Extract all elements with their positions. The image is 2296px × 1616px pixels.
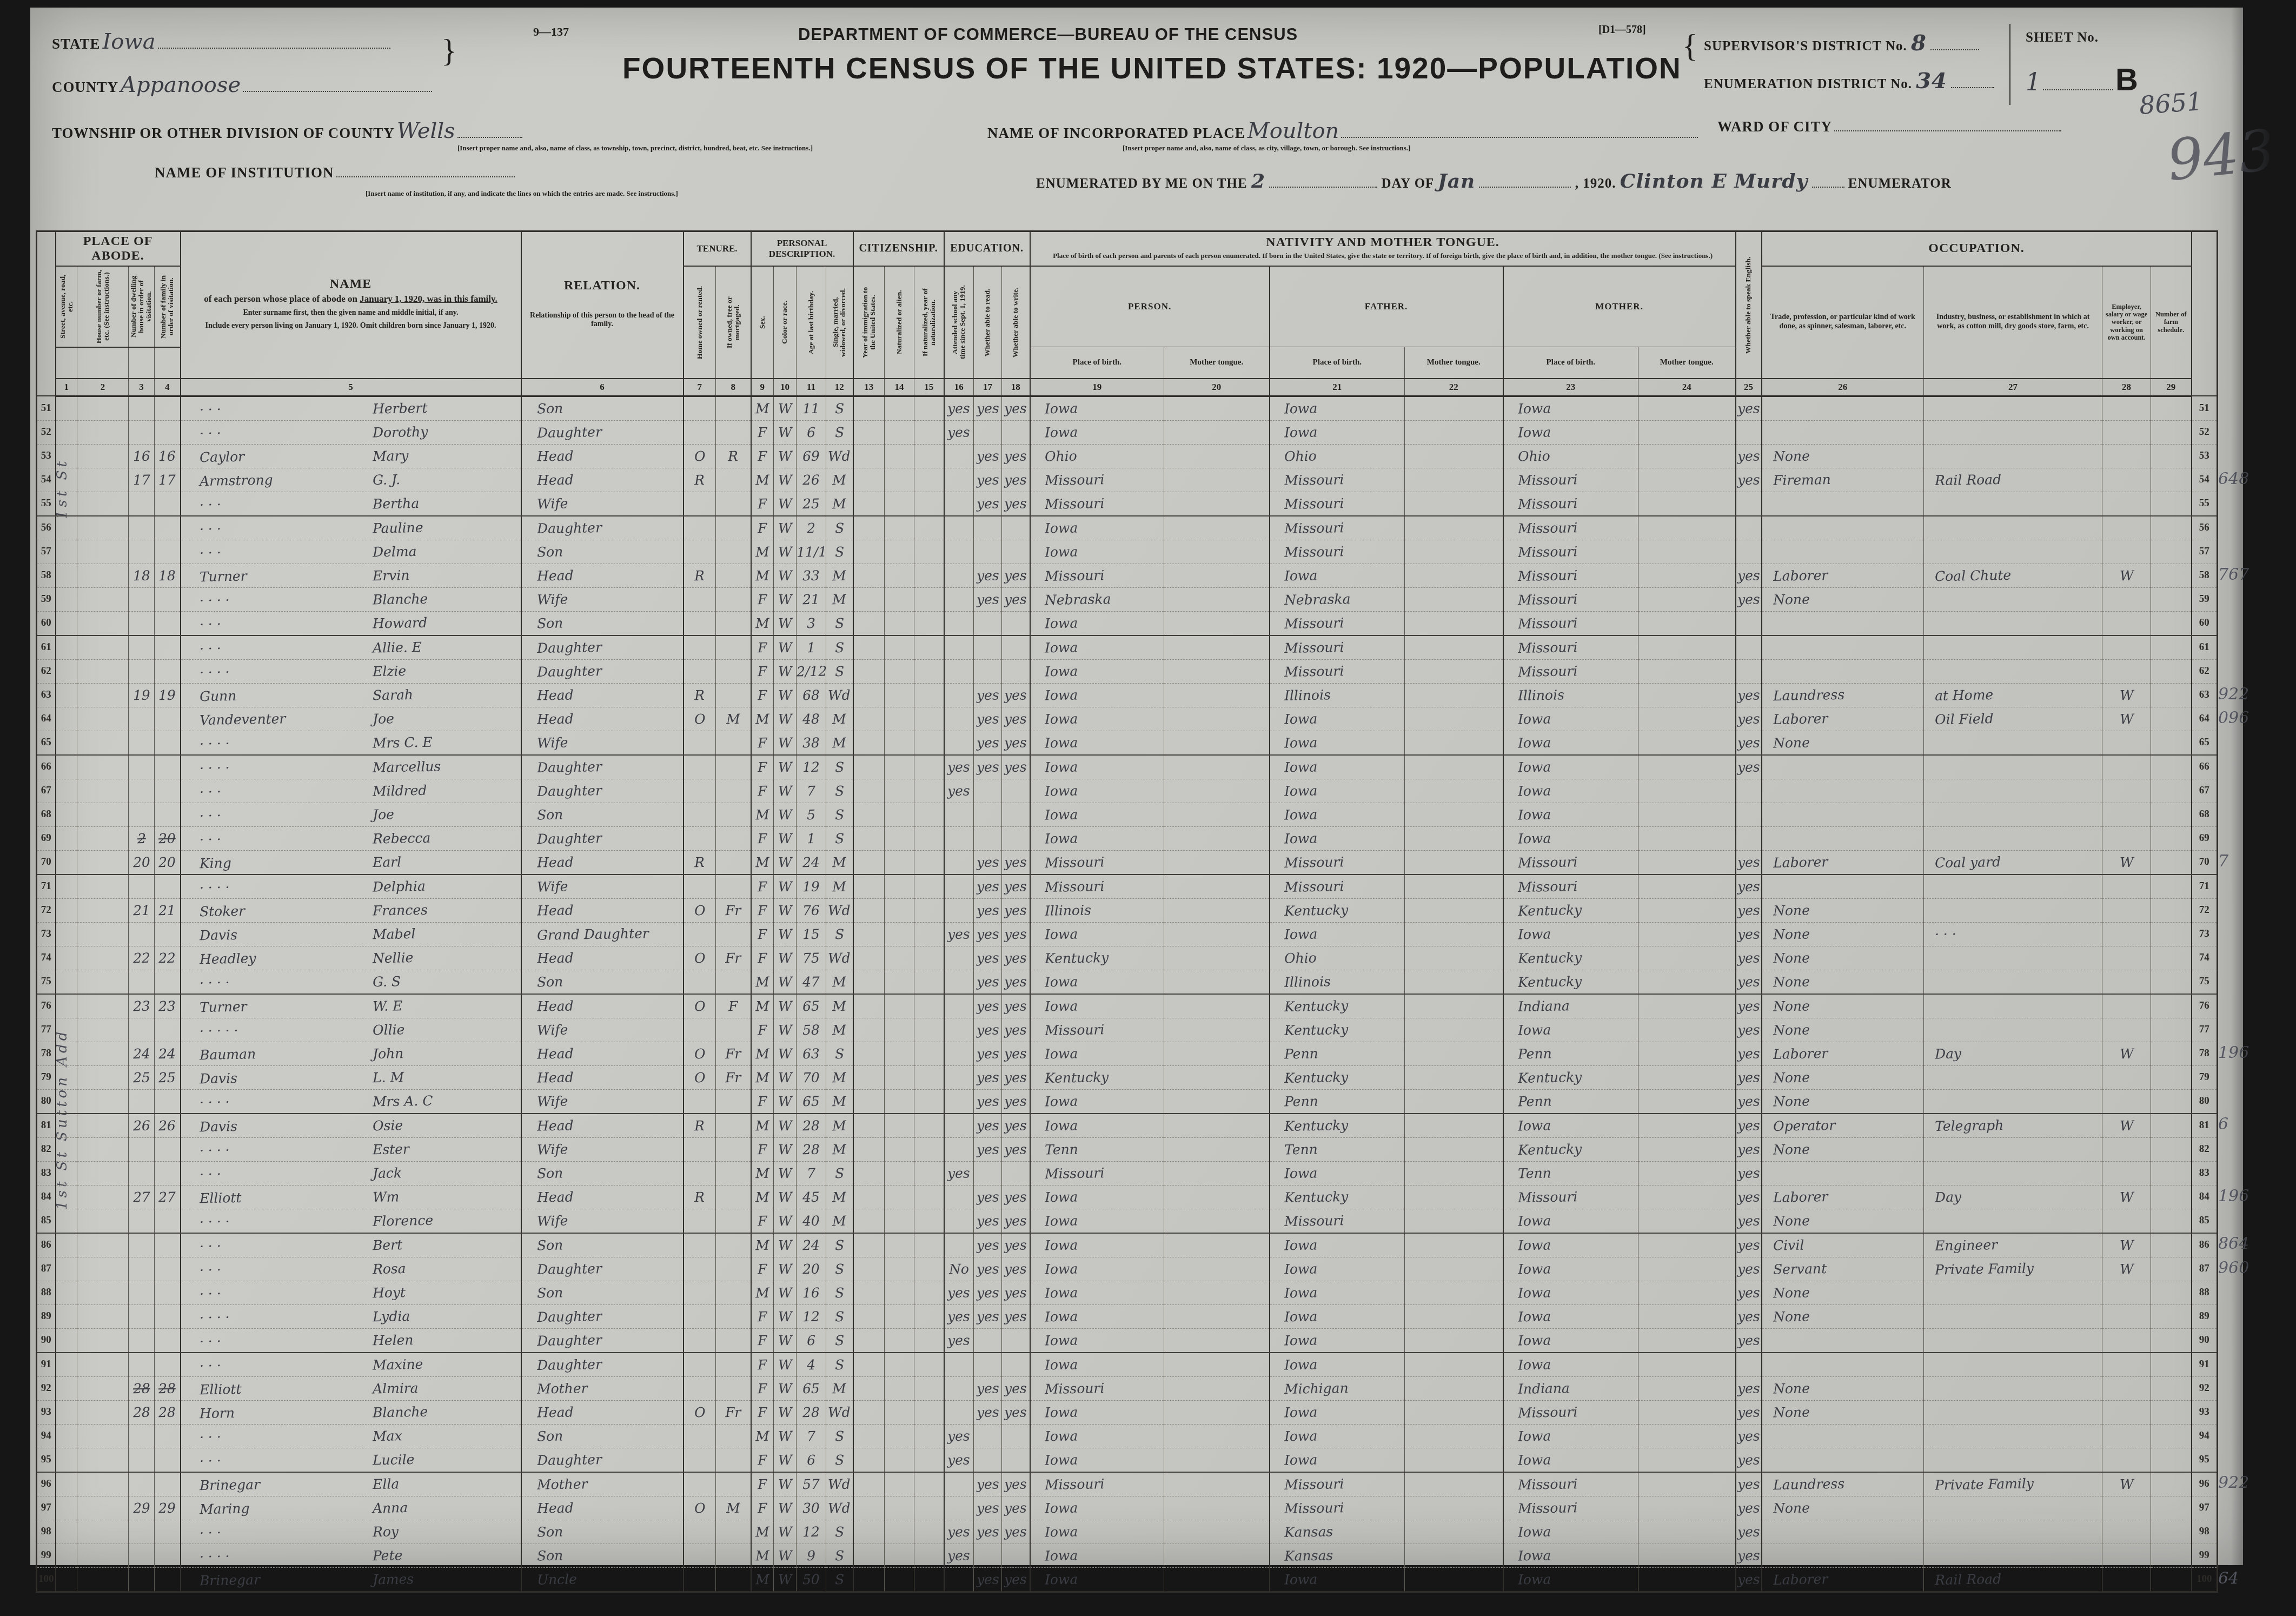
cell-nat — [885, 1233, 914, 1257]
cell-imm — [853, 875, 885, 899]
cell-imm — [853, 1400, 885, 1424]
cell-farm — [2151, 1304, 2192, 1328]
cell-lnr: 93 — [2192, 1400, 2218, 1424]
state-value: Iowa — [103, 29, 156, 54]
cell-mtf — [1405, 1520, 1503, 1544]
cell-nat — [885, 1257, 914, 1281]
institution-note: [Insert name of institution, if any, and… — [366, 189, 879, 198]
cell-sch — [944, 850, 974, 875]
col-write: Whether able to write. — [1002, 266, 1030, 379]
cell-st — [56, 468, 77, 492]
cell-lnr: 62 — [2192, 659, 2218, 683]
cell-rd: yes — [974, 850, 1002, 875]
cell-naty — [914, 540, 944, 564]
cell-pob: Iowa — [1030, 1448, 1164, 1472]
cell-fam — [155, 1089, 181, 1114]
cell-farm — [2151, 803, 2192, 826]
cell-mort — [716, 492, 751, 516]
cell-hn — [77, 922, 129, 946]
cell-mtm — [1638, 635, 1736, 660]
cell-col: W — [774, 875, 797, 899]
cell-home: R — [684, 468, 716, 492]
cell-dw — [129, 1520, 155, 1544]
cell-name: · · · ·Marcellus — [181, 755, 521, 779]
cell-rel: Daughter — [521, 1448, 684, 1472]
cell-st — [56, 396, 77, 420]
cell-mort: Fr — [716, 1042, 751, 1065]
cell-emp — [2102, 1353, 2151, 1377]
cell-lnr: 65 — [2192, 731, 2218, 755]
cell-wr — [1002, 1544, 1030, 1567]
cell-mar: S — [826, 755, 853, 779]
cell-hn — [77, 1257, 129, 1281]
cell-emp — [2102, 1328, 2151, 1353]
cell-wr: yes — [1002, 875, 1030, 899]
cell-hn — [77, 946, 129, 970]
group-person: PERSON. — [1030, 266, 1270, 347]
cell-occ: Servant — [1762, 1257, 1924, 1281]
cell-sch — [944, 826, 974, 850]
cell-emp: W — [2102, 1185, 2151, 1209]
cell-nat — [885, 1065, 914, 1089]
cell-mort — [716, 1209, 751, 1233]
cell-wr: yes — [1002, 1018, 1030, 1042]
cell-ind — [1924, 1281, 2102, 1304]
cell-sch — [944, 1065, 974, 1089]
cell-hn — [77, 1137, 129, 1161]
cell-sex: F — [751, 826, 774, 850]
cell-mtm — [1638, 1472, 1736, 1496]
cell-pob: Iowa — [1030, 779, 1164, 803]
cell-emp — [2102, 444, 2151, 468]
cell-mtp — [1164, 1281, 1270, 1304]
cell-sex: F — [751, 1089, 774, 1114]
cell-home — [684, 731, 716, 755]
cell-hn — [77, 492, 129, 516]
cell-pob: Kentucky — [1030, 1065, 1164, 1089]
cell-hn — [77, 1304, 129, 1328]
col-industry: Industry, business, or establishment in … — [1924, 266, 2102, 379]
doc-ref: [D1—578] — [1598, 24, 1646, 36]
cell-name: DavisL. M — [181, 1065, 521, 1089]
cell-pobm: Missouri — [1503, 1400, 1638, 1424]
cell-ind: Private Family — [1924, 1257, 2102, 1281]
cell-sch — [944, 516, 974, 540]
cell-mar: S — [826, 1520, 853, 1544]
cell-naty — [914, 1185, 944, 1209]
column-number-14: 14 — [885, 379, 914, 396]
cell-rd: yes — [974, 1018, 1002, 1042]
cell-rel: Daughter — [521, 755, 684, 779]
cell-col: W — [774, 635, 797, 660]
cell-ln: 61 — [37, 635, 56, 660]
cell-dw: 17 — [129, 468, 155, 492]
cell-mar: M — [826, 970, 853, 994]
cell-rel: Head — [521, 707, 684, 731]
stamp-number-top: 8651 — [2138, 87, 2204, 120]
cell-ln: 55 — [37, 492, 56, 516]
cell-ind — [1924, 396, 2102, 420]
cell-hn — [77, 1544, 129, 1567]
cell-eng: yes — [1736, 1544, 1762, 1567]
cell-ln: 58 — [37, 564, 56, 587]
cell-rel: Son — [521, 1520, 684, 1544]
cell-farm — [2151, 1376, 2192, 1400]
cell-ln: 71 — [37, 875, 56, 899]
cell-home — [684, 1567, 716, 1592]
cell-nat — [885, 1137, 914, 1161]
cell-pob: Iowa — [1030, 420, 1164, 444]
col-pob-father: Place of birth. — [1270, 347, 1405, 379]
cell-naty — [914, 1233, 944, 1257]
cell-occ: Operator — [1762, 1114, 1924, 1138]
cell-sex: M — [751, 468, 774, 492]
cell-st — [56, 564, 77, 587]
cell-naty — [914, 1353, 944, 1377]
cell-col: W — [774, 1089, 797, 1114]
cell-dw — [129, 970, 155, 994]
cell-lnr: 89 — [2192, 1304, 2218, 1328]
cell-mtm — [1638, 707, 1736, 731]
cell-name: · · ·Allie. E — [181, 635, 521, 660]
cell-pobf: Iowa — [1270, 1257, 1405, 1281]
cell-sch — [944, 1376, 974, 1400]
cell-st — [56, 731, 77, 755]
cell-fam: 19 — [155, 683, 181, 707]
cell-age: 24 — [797, 850, 826, 875]
cell-col: W — [774, 994, 797, 1018]
cell-name: BrinegarElla — [181, 1472, 521, 1496]
cell-pobm: Iowa — [1503, 755, 1638, 779]
cell-dw — [129, 875, 155, 899]
cell-mar: M — [826, 731, 853, 755]
cell-eng: yes — [1736, 1472, 1762, 1496]
cell-home — [684, 587, 716, 611]
cell-home — [684, 611, 716, 635]
cell-rel: Head — [521, 683, 684, 707]
census-row-line-80: 80· · · ·Mrs A. CWifeFW65MyesyesIowaPenn… — [37, 1089, 2218, 1114]
cell-farm — [2151, 468, 2192, 492]
cell-rel: Son — [521, 1281, 684, 1304]
line-number-header-left — [37, 231, 56, 396]
cell-col: W — [774, 1065, 797, 1089]
census-row-line-61: 61· · ·Allie. EDaughterFW1SIowaMissouriM… — [37, 635, 2218, 660]
cell-col: W — [774, 1018, 797, 1042]
cell-mtm — [1638, 1304, 1736, 1328]
cell-st — [56, 1496, 77, 1520]
cell-mar: S — [826, 1353, 853, 1377]
cell-hn — [77, 1209, 129, 1233]
cell-pobf: Missouri — [1270, 611, 1405, 635]
cell-st — [56, 683, 77, 707]
cell-naty — [914, 444, 944, 468]
cell-ln: 70 — [37, 850, 56, 875]
column-number-9: 9 — [751, 379, 774, 396]
cell-mar: S — [826, 1567, 853, 1592]
cell-occ: Laborer — [1762, 1567, 1924, 1592]
cell-col: W — [774, 1185, 797, 1209]
cell-dw — [129, 922, 155, 946]
cell-wr — [1002, 1448, 1030, 1472]
cell-eng: yes — [1736, 468, 1762, 492]
cell-nat — [885, 1161, 914, 1185]
cell-rd: yes — [974, 1065, 1002, 1089]
cell-mtm — [1638, 1161, 1736, 1185]
cell-pob: Iowa — [1030, 1257, 1164, 1281]
cell-occ: None — [1762, 1281, 1924, 1304]
cell-age: 3 — [797, 611, 826, 635]
cell-mtf — [1405, 946, 1503, 970]
cell-farm — [2151, 946, 2192, 970]
cell-emp — [2102, 1567, 2151, 1592]
cell-rel: Son — [521, 970, 684, 994]
cell-name: · · ·Hoyt — [181, 1281, 521, 1304]
cell-lnr: 81 — [2192, 1114, 2218, 1138]
cell-home: R — [684, 1185, 716, 1209]
cell-mort — [716, 1353, 751, 1377]
cell-eng: yes — [1736, 1185, 1762, 1209]
institution-field: NAME OF INSTITUTION — [155, 164, 515, 181]
cell-age: 19 — [797, 875, 826, 899]
cell-wr: yes — [1002, 444, 1030, 468]
cell-mtf — [1405, 444, 1503, 468]
cell-imm — [853, 898, 885, 922]
cell-pob: Missouri — [1030, 1472, 1164, 1496]
census-row-line-63: 631919GunnSarahHeadRFW68WdyesyesIowaIlli… — [37, 683, 2218, 707]
census-table: PLACE OF ABODE. NAME of each person whos… — [36, 230, 2218, 1593]
cell-rd — [974, 659, 1002, 683]
cell-farm — [2151, 1257, 2192, 1281]
cell-hn — [77, 1042, 129, 1065]
cell-mtp — [1164, 1018, 1270, 1042]
cell-rel: Head — [521, 850, 684, 875]
cell-sch — [944, 635, 974, 660]
cell-age: 7 — [797, 1424, 826, 1448]
cell-mar: M — [826, 1114, 853, 1138]
cell-fam — [155, 635, 181, 660]
cell-mar: S — [826, 659, 853, 683]
cell-col: W — [774, 396, 797, 420]
cell-sch — [944, 1233, 974, 1257]
cell-imm — [853, 994, 885, 1018]
column-numbers-row: 1234567891011121314151617181920212223242… — [37, 379, 2218, 396]
cell-farm — [2151, 1233, 2192, 1257]
cell-mar: S — [826, 1448, 853, 1472]
col-pob-mother: Place of birth. — [1503, 347, 1638, 379]
cell-sex: M — [751, 803, 774, 826]
cell-dw: 21 — [129, 898, 155, 922]
cell-farm — [2151, 444, 2192, 468]
cell-name: · · · ·Delphia — [181, 875, 521, 899]
cell-fam — [155, 1304, 181, 1328]
cell-ind — [1924, 1544, 2102, 1567]
cell-mort — [716, 1328, 751, 1353]
enumerated-line: ENUMERATED BY ME ON THE 2 DAY OF Jan , 1… — [1036, 170, 1952, 193]
cell-pob: Iowa — [1030, 755, 1164, 779]
cell-name: · · · ·Mrs A. C — [181, 1089, 521, 1114]
cell-mtf — [1405, 970, 1503, 994]
cell-imm — [853, 1304, 885, 1328]
cell-mar: S — [826, 826, 853, 850]
census-row-line-54: 541717ArmstrongG. J.HeadRMW26MyesyesMiss… — [37, 468, 2218, 492]
cell-mtf — [1405, 1400, 1503, 1424]
cell-imm — [853, 803, 885, 826]
cell-sex: F — [751, 516, 774, 540]
cell-rd: yes — [974, 444, 1002, 468]
enumerator-name: Clinton E Murdy — [1620, 170, 1808, 193]
cell-rd: yes — [974, 755, 1002, 779]
cell-rel: Wife — [521, 1089, 684, 1114]
group-name: NAME of each person whose place of abode… — [181, 231, 521, 379]
cell-st — [56, 1257, 77, 1281]
group-relation: RELATION. Relationship of this person to… — [521, 231, 684, 379]
census-row-line-88: 88· · ·HoytSonMW16SyesyesyesIowaIowaIowa… — [37, 1281, 2218, 1304]
cell-naty — [914, 1257, 944, 1281]
cell-home: R — [684, 1114, 716, 1138]
cell-hn — [77, 1472, 129, 1496]
cell-mort — [716, 396, 751, 420]
cell-nat — [885, 826, 914, 850]
cell-st — [56, 1544, 77, 1567]
group-citizenship: CITIZENSHIP. — [853, 231, 944, 266]
cell-hn — [77, 803, 129, 826]
cell-pob: Iowa — [1030, 803, 1164, 826]
cell-pobm: Missouri — [1503, 850, 1638, 875]
cell-st — [56, 1018, 77, 1042]
cell-rel: Head — [521, 946, 684, 970]
cell-mtf — [1405, 396, 1503, 420]
cell-rd: yes — [974, 1496, 1002, 1520]
cell-mtp — [1164, 1328, 1270, 1353]
cell-sex: F — [751, 922, 774, 946]
cell-st — [56, 540, 77, 564]
cell-farm — [2151, 1185, 2192, 1209]
cell-hn — [77, 970, 129, 994]
cell-name: ElliottAlmira — [181, 1376, 521, 1400]
cell-mtf — [1405, 1472, 1503, 1496]
cell-fam — [155, 1281, 181, 1304]
cell-occ — [1762, 420, 1924, 444]
cell-sex: F — [751, 755, 774, 779]
cell-mtm — [1638, 994, 1736, 1018]
cell-col: W — [774, 755, 797, 779]
cell-emp — [2102, 1209, 2151, 1233]
cell-pobm: Iowa — [1503, 731, 1638, 755]
cell-pobf: Iowa — [1270, 707, 1405, 731]
cell-ln: 92 — [37, 1376, 56, 1400]
cell-sch: yes — [944, 1328, 974, 1353]
cell-sex: F — [751, 875, 774, 899]
cell-lnr: 76 — [2192, 994, 2218, 1018]
cell-ln: 85 — [37, 1209, 56, 1233]
cell-col: W — [774, 468, 797, 492]
cell-pobf: Iowa — [1270, 1424, 1405, 1448]
cell-st — [56, 659, 77, 683]
cell-mtm — [1638, 1137, 1736, 1161]
cell-dw — [129, 396, 155, 420]
cell-st — [56, 444, 77, 468]
cell-dw — [129, 731, 155, 755]
cell-st — [56, 803, 77, 826]
cell-st — [56, 1185, 77, 1209]
cell-st — [56, 1065, 77, 1089]
cell-pobf: Ohio — [1270, 444, 1405, 468]
cell-farm — [2151, 1424, 2192, 1448]
cell-farm — [2151, 1018, 2192, 1042]
cell-ln: 64 — [37, 707, 56, 731]
column-number-1: 1 — [56, 379, 77, 396]
cell-wr — [1002, 635, 1030, 660]
cell-mtf — [1405, 1042, 1503, 1065]
cell-eng: yes — [1736, 396, 1762, 420]
cell-pobf: Iowa — [1270, 1448, 1405, 1472]
cell-st — [56, 707, 77, 731]
cell-home — [684, 826, 716, 850]
cell-pobm: Iowa — [1503, 1424, 1638, 1448]
cell-wr: yes — [1002, 994, 1030, 1018]
cell-mar: S — [826, 540, 853, 564]
cell-mtf — [1405, 803, 1503, 826]
cell-home — [684, 922, 716, 946]
state-label: STATE — [52, 36, 101, 52]
cell-col: W — [774, 970, 797, 994]
cell-nat — [885, 1114, 914, 1138]
cell-col: W — [774, 779, 797, 803]
cell-age: 50 — [797, 1567, 826, 1592]
cell-pobf: Missouri — [1270, 875, 1405, 899]
cell-lnr: 91 — [2192, 1353, 2218, 1377]
cell-mtp — [1164, 1544, 1270, 1567]
cell-pobf: Missouri — [1270, 540, 1405, 564]
cell-rd: yes — [974, 922, 1002, 946]
cell-sex: F — [751, 587, 774, 611]
cell-wr — [1002, 779, 1030, 803]
cell-emp — [2102, 468, 2151, 492]
cell-dw — [129, 1233, 155, 1257]
cell-mtf — [1405, 420, 1503, 444]
cell-sch — [944, 611, 974, 635]
column-number-2: 2 — [77, 379, 129, 396]
cell-pobm: Tenn — [1503, 1161, 1638, 1185]
cell-sch: yes — [944, 420, 974, 444]
col-english: Whether able to speak English. — [1736, 231, 1762, 379]
cell-wr — [1002, 516, 1030, 540]
cell-col: W — [774, 1233, 797, 1257]
cell-pob: Iowa — [1030, 970, 1164, 994]
cell-hn — [77, 1161, 129, 1185]
cell-mort — [716, 755, 751, 779]
cell-lnr: 56 — [2192, 516, 2218, 540]
cell-fam: 26 — [155, 1114, 181, 1138]
cell-sex: M — [751, 1544, 774, 1567]
cell-nat — [885, 755, 914, 779]
cell-imm — [853, 946, 885, 970]
cell-rd: yes — [974, 1472, 1002, 1496]
group-father: FATHER. — [1270, 266, 1503, 347]
cell-mtp — [1164, 1353, 1270, 1377]
cell-name: · · ·Maxine — [181, 1353, 521, 1377]
cell-sch — [944, 994, 974, 1018]
cell-ln: 63 — [37, 683, 56, 707]
cell-pobf: Iowa — [1270, 1304, 1405, 1328]
cell-mort: Fr — [716, 898, 751, 922]
cell-ind — [1924, 803, 2102, 826]
cell-eng: yes — [1736, 1424, 1762, 1448]
group-education: EDUCATION. — [944, 231, 1030, 266]
cell-ln: 88 — [37, 1281, 56, 1304]
cell-emp — [2102, 1018, 2151, 1042]
cell-farm — [2151, 1567, 2192, 1592]
